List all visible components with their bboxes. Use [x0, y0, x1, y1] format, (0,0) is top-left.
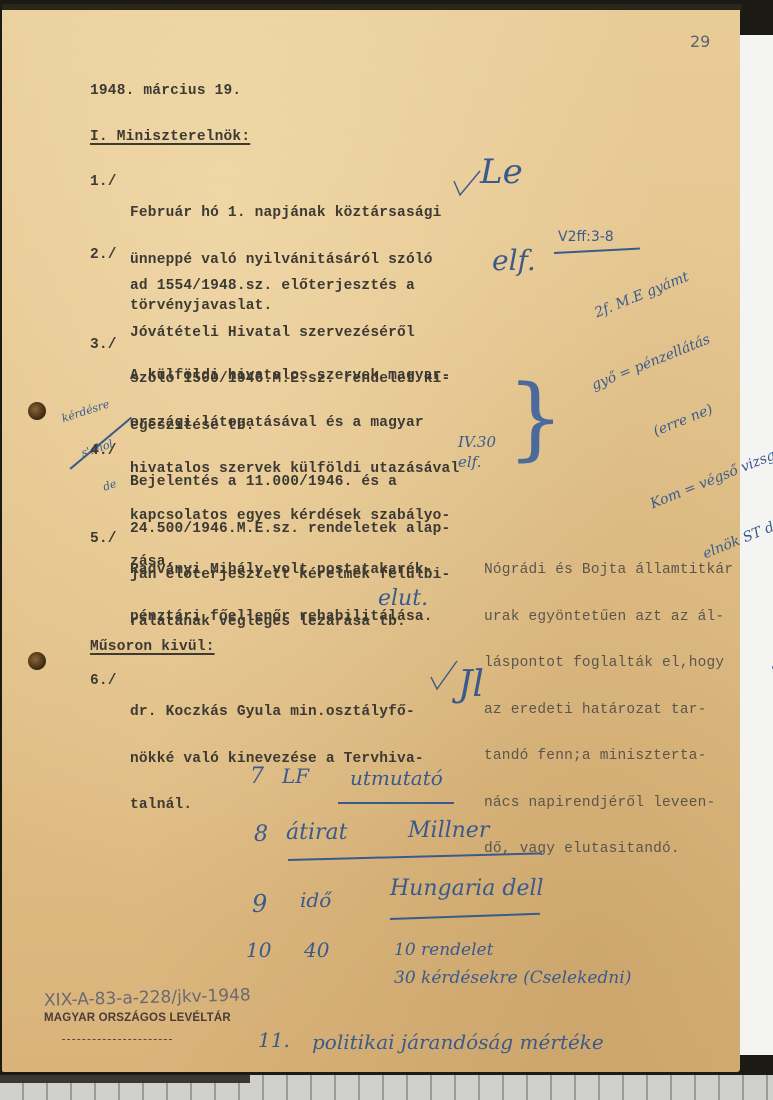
- note-line: tandó fenn;a miniszterta-: [484, 749, 733, 765]
- paper-top-edge: [2, 4, 742, 10]
- hand-list-right-10: 10 rendelet: [394, 940, 493, 960]
- annotation-item-6: Jl: [458, 664, 484, 705]
- document-page: 29 1948. március 19. I. Miniszterelnök: …: [2, 4, 740, 1072]
- item-number: 4./: [90, 444, 117, 460]
- item-number: 3./: [90, 338, 117, 354]
- punch-hole-icon: [28, 652, 46, 670]
- note-line: nács napirendjéről leveen-: [484, 796, 733, 812]
- underline-stroke: [390, 913, 540, 920]
- margin-note-line: (erre ne): [613, 372, 773, 457]
- agenda-item-4: 4./ Bejelentés a 11.000/1946. és a 24.50…: [90, 444, 126, 506]
- hand-list-right-7: utmutató: [350, 766, 443, 790]
- margin-note-line: győ = pénzellátás: [588, 311, 757, 396]
- annotation-item-2: elf.: [492, 244, 536, 277]
- margin-note-line: Kom = végső vizsg: [638, 433, 773, 518]
- document-date: 1948. március 19.: [90, 84, 241, 100]
- annotation-item-5: elut.: [378, 586, 428, 611]
- underline-stroke: [338, 802, 454, 804]
- annotation-item-2-ref: V2ff:3-8: [558, 229, 614, 245]
- hand-list-left-10: 40: [304, 938, 329, 962]
- hand-list-right-8: Millner: [408, 818, 489, 843]
- hand-list-left-7: LF: [282, 764, 309, 788]
- scanner-ruler: [0, 1075, 773, 1100]
- item-number: 6./: [90, 674, 117, 690]
- annotation-item-4: IV.30 elf.: [458, 432, 498, 472]
- bracket-glyph: }: [507, 374, 564, 464]
- item-line: ad 1554/1948.sz. előterjesztés a: [130, 279, 450, 295]
- item-line: Radványi Mihály volt postatakarék-: [130, 563, 433, 579]
- note-line: az eredeti határozat tar-: [484, 703, 733, 719]
- item-5-note: Nógrádi és Bojta államtitkár urak egyönt…: [484, 532, 733, 889]
- hand-list-right-9: Hungaria dell: [390, 876, 544, 901]
- item-line: dr. Koczkás Gyula min.osztályfő-: [130, 705, 424, 721]
- item-line: Bejelentés a 11.000/1946. és a: [130, 475, 450, 491]
- archive-stamp: MAGYAR ORSZÁGOS LEVÉLTÁR: [44, 1012, 231, 1024]
- hand-list-num-10: 10: [246, 938, 271, 962]
- item-line: nökké való kinevezése a Tervhiva-: [130, 752, 424, 768]
- item-number: 5./: [90, 532, 117, 548]
- agenda-item-2: 2./ ad 1554/1948.sz. előterjesztés a Jóv…: [90, 248, 126, 310]
- note-line: láspontot foglalták el,hogy: [484, 656, 733, 672]
- item-line: országi látogatásával és a magyar: [130, 416, 459, 432]
- hand-list-num-8: 8: [254, 822, 268, 847]
- page-number: 29: [690, 32, 710, 51]
- note-line: dő, vagy elutasitandó.: [484, 842, 733, 858]
- archive-reference: XIX-A-83-a-228/jkv-1948: [44, 985, 251, 1010]
- margin-note-line: 2f. M.E gyámt: [563, 250, 732, 335]
- item-line: pénztári főellenőr rehabilitálása.: [130, 610, 433, 626]
- hand-list-num-7: 7: [250, 764, 264, 789]
- section-heading: I. Miniszterelnök:: [90, 130, 250, 146]
- off-agenda-heading: Műsoron kivül:: [90, 640, 215, 656]
- agenda-item-5: 5./ Radványi Mihály volt postatakarék- p…: [90, 532, 126, 594]
- item-line: talnál.: [130, 798, 424, 814]
- hand-list-right2-10: 30 kérdésekre (Cselekedni): [394, 968, 631, 988]
- item-line: Február hó 1. napjának köztársasági: [130, 206, 442, 222]
- margin-note-line: kérdésre: [60, 397, 111, 425]
- note-line: Nógrádi és Bojta államtitkár: [484, 563, 733, 579]
- hand-list-num-9: 9: [252, 890, 267, 918]
- checkmark-icon: [452, 169, 482, 199]
- item-number: 2./: [90, 248, 117, 264]
- punch-hole-icon: [28, 402, 46, 420]
- hand-list-left-8: átirat: [286, 820, 347, 845]
- item-number: 1./: [90, 175, 117, 191]
- hand-list-left-11: politikai járandóság mértéke: [312, 1030, 604, 1054]
- hand-list-left-9: idő: [300, 888, 331, 912]
- annotation-item-1: Le: [480, 152, 523, 192]
- agenda-item-6: 6./ dr. Koczkás Gyula min.osztályfő- nök…: [90, 674, 126, 736]
- stamp-signature-line: [62, 1039, 172, 1041]
- note-line: urak egyöntetűen azt az ál-: [484, 610, 733, 626]
- hand-list-num-11: 11.: [258, 1028, 290, 1052]
- agenda-item-1: 1./ Február hó 1. napjának köztársasági …: [90, 175, 126, 237]
- checkmark-icon: [429, 659, 459, 699]
- item-line: A külföldi hivatalos szervek magyar-: [130, 369, 459, 385]
